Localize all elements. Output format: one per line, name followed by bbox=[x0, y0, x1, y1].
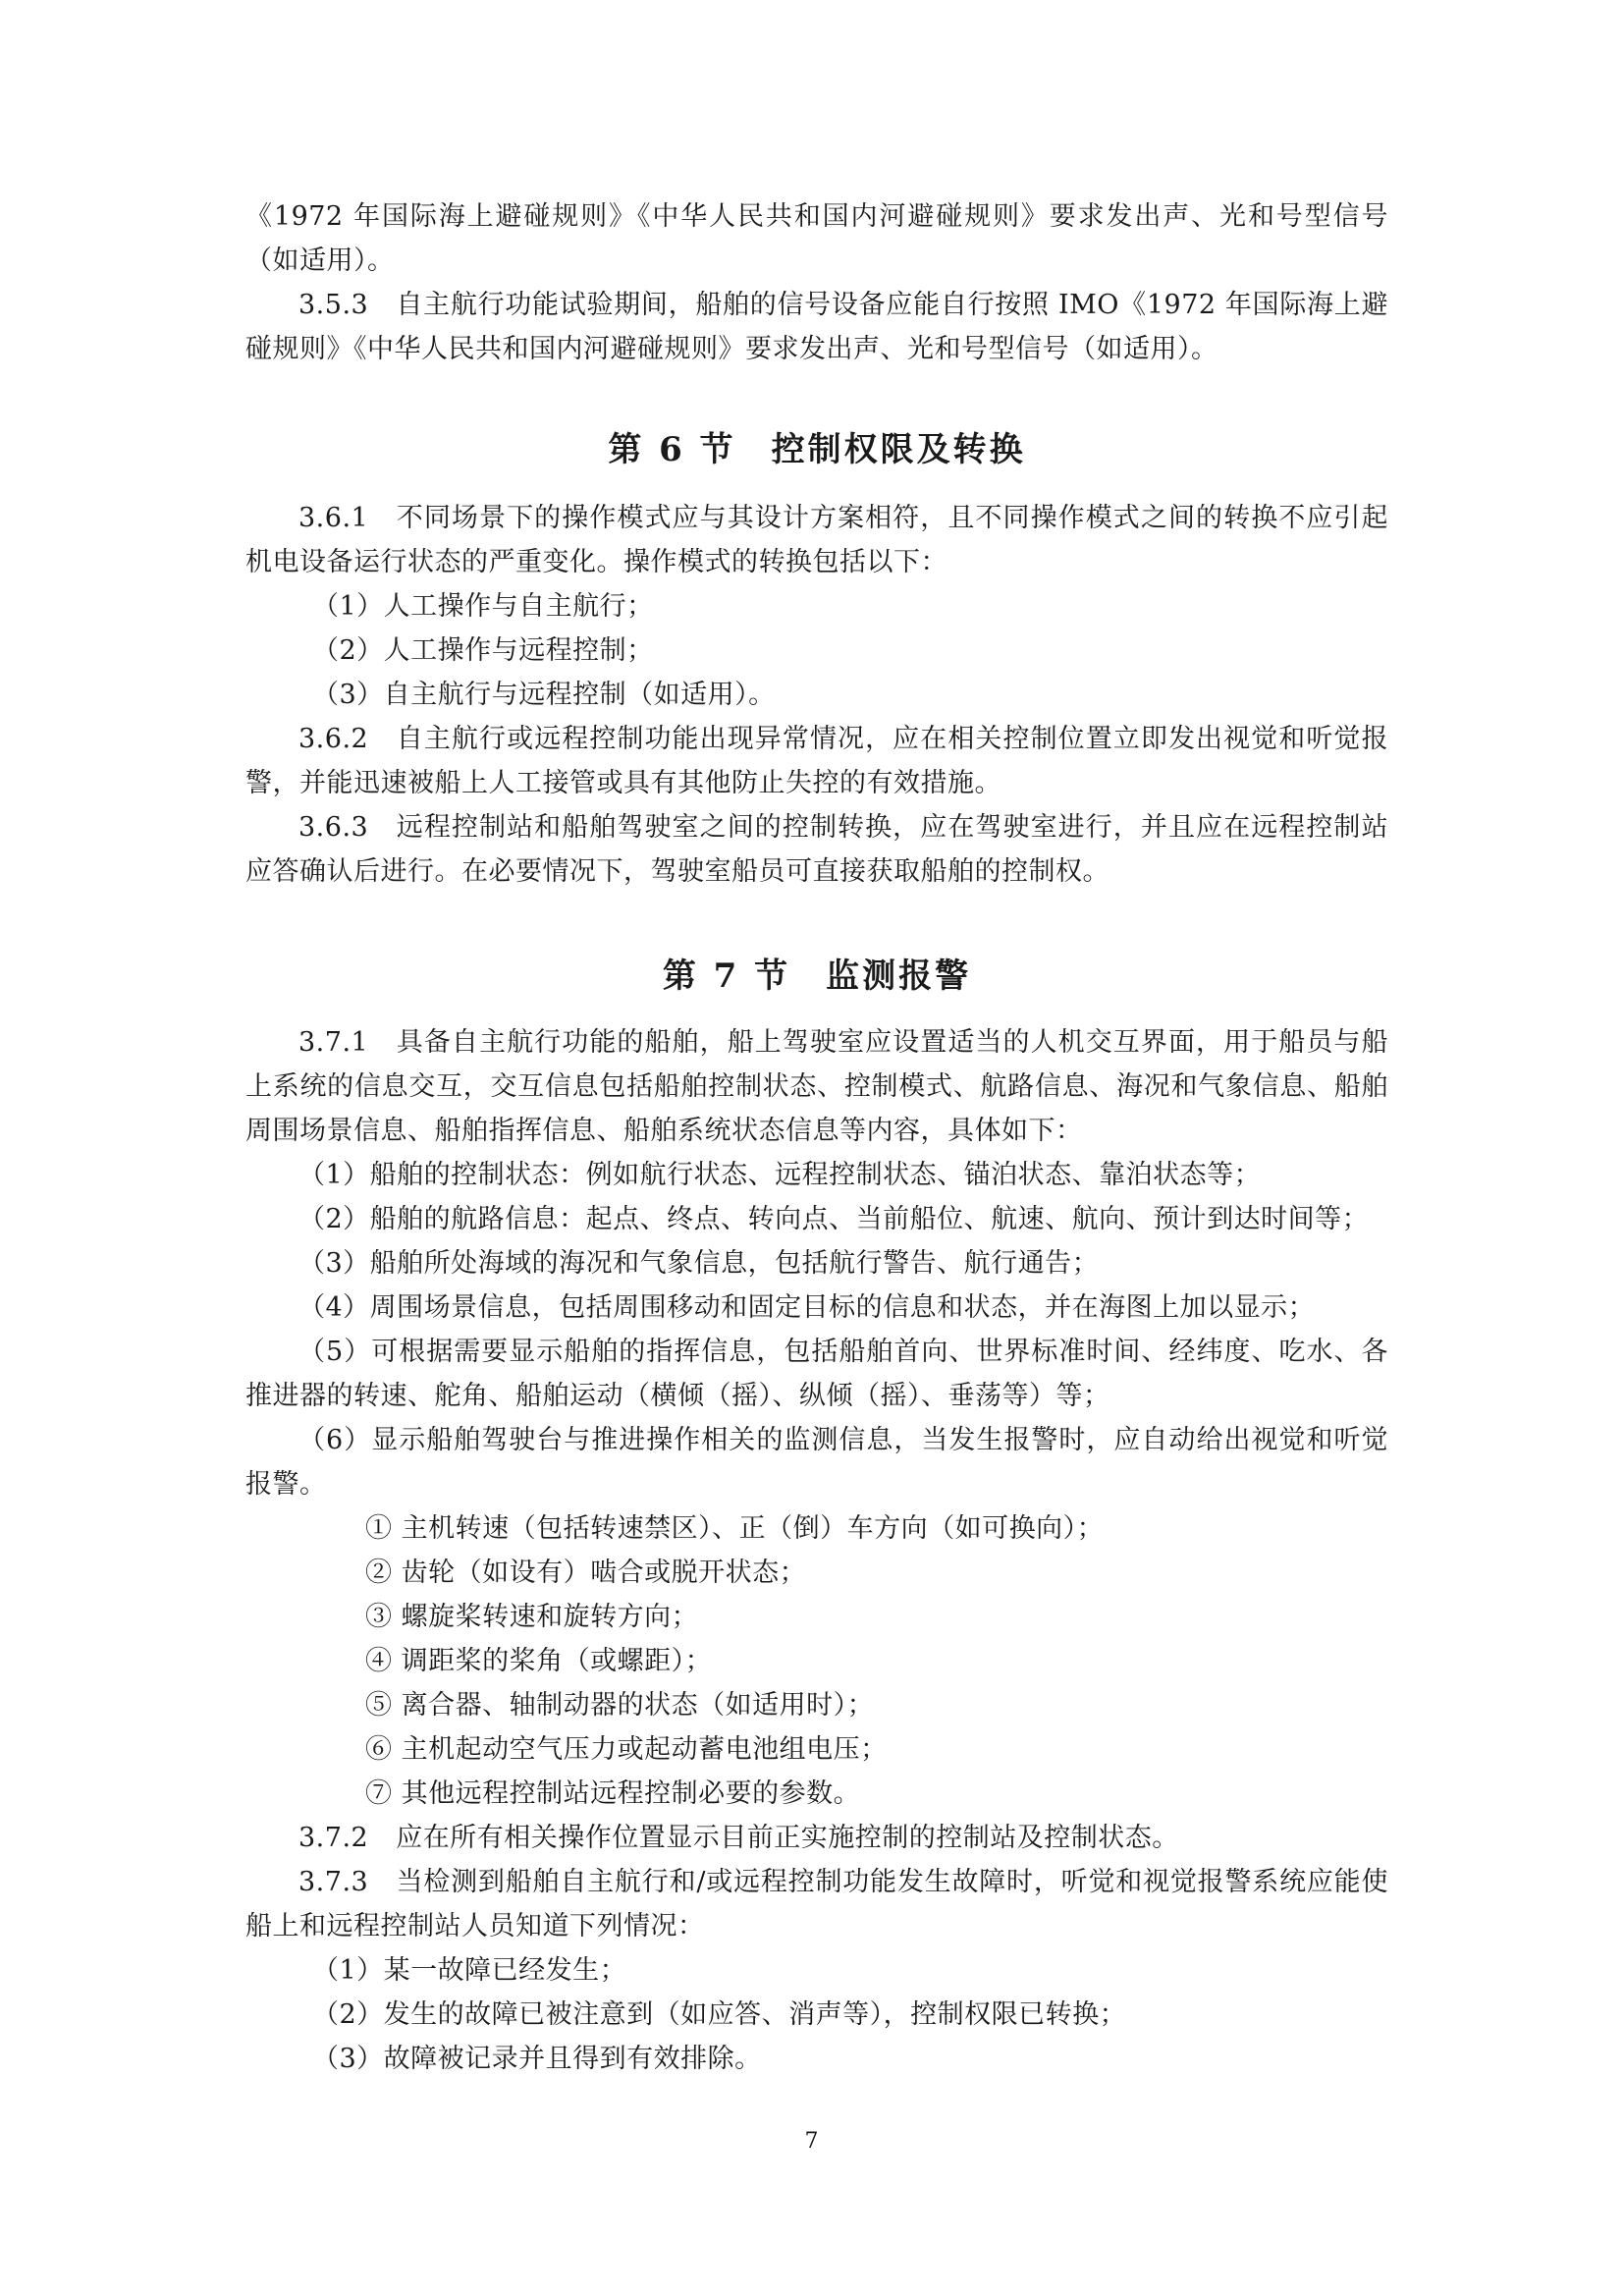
list-item: （3）船舶所处海域的海况和气象信息，包括航行警告、航行通告； bbox=[245, 1241, 1388, 1285]
clause-text: 自主航行或远程控制功能出现异常情况，应在相关控制位置立即发出视觉和听觉报警，并能… bbox=[245, 724, 1388, 798]
clause-number: 3.7.3 bbox=[298, 1867, 368, 1897]
document-page: 《1972 年国际海上避碰规则》《中华人民共和国内河避碰规则》要求发出声、光和号… bbox=[245, 194, 1388, 2081]
list-item: （1）某一故障已经发生； bbox=[245, 1948, 1388, 1993]
section-title: 监测报警 bbox=[826, 957, 971, 996]
list-item: （1）船舶的控制状态：例如航行状态、远程控制状态、锚泊状态、靠泊状态等； bbox=[245, 1153, 1388, 1197]
clause-number: 3.6.1 bbox=[298, 503, 368, 533]
clause-3-6-1: 3.6.1不同场景下的操作模式应与其设计方案相符，且不同操作模式之间的转换不应引… bbox=[245, 496, 1388, 584]
sub-list-item: ⑤ 离合器、轴制动器的状态（如适用时）； bbox=[245, 1683, 1388, 1727]
clause-number: 3.5.3 bbox=[298, 290, 368, 320]
clause-number: 3.6.2 bbox=[298, 724, 368, 754]
sub-list-item: ⑥ 主机起动空气压力或起动蓄电池组电压； bbox=[245, 1727, 1388, 1772]
section-7-heading: 第 7 节监测报警 bbox=[245, 949, 1388, 997]
clause-text: 具备自主航行功能的船舶，船上驾驶室应设置适当的人机交互界面，用于船员与船上系统的… bbox=[245, 1027, 1388, 1146]
list-item: （6）显示船舶驾驶台与推进操作相关的监测信息，当发生报警时，应自动给出视觉和听觉… bbox=[245, 1418, 1388, 1506]
clause-text: 不同场景下的操作模式应与其设计方案相符，且不同操作模式之间的转换不应引起机电设备… bbox=[245, 503, 1388, 577]
paragraph-continuation: 《1972 年国际海上避碰规则》《中华人民共和国内河避碰规则》要求发出声、光和号… bbox=[245, 194, 1388, 283]
section-title: 控制权限及转换 bbox=[772, 430, 1026, 469]
clause-3-7-3: 3.7.3当检测到船舶自主航行和/或远程控制功能发生故障时，听觉和视觉报警系统应… bbox=[245, 1860, 1388, 1948]
clause-3-6-3: 3.6.3远程控制站和船舶驾驶室之间的控制转换，应在驾驶室进行，并且应在远程控制… bbox=[245, 805, 1388, 894]
list-item: （2）船舶的航路信息：起点、终点、转向点、当前船位、航速、航向、预计到达时间等； bbox=[245, 1197, 1388, 1241]
clause-3-5-3: 3.5.3自主航行功能试验期间，船舶的信号设备应能自行按照 IMO《1972 年… bbox=[245, 283, 1388, 371]
sub-list-item: ⑦ 其他远程控制站远程控制必要的参数。 bbox=[245, 1772, 1388, 1816]
page-number: 7 bbox=[0, 2129, 1623, 2154]
clause-text: 远程控制站和船舶驾驶室之间的控制转换，应在驾驶室进行，并且应在远程控制站应答确认… bbox=[245, 812, 1388, 887]
list-item: （3）故障被记录并且得到有效排除。 bbox=[245, 2037, 1388, 2081]
clause-number: 3.7.2 bbox=[298, 1823, 368, 1853]
sub-list-item: ① 主机转速（包括转速禁区）、正（倒）车方向（如可换向）； bbox=[245, 1506, 1388, 1551]
section-6-heading: 第 6 节控制权限及转换 bbox=[245, 422, 1388, 470]
sub-list-item: ④ 调距桨的桨角（或螺距）； bbox=[245, 1639, 1388, 1683]
clause-text: 应在所有相关操作位置显示目前正实施控制的控制站及控制状态。 bbox=[396, 1823, 1179, 1853]
list-item: （1）人工操作与自主航行； bbox=[245, 584, 1388, 629]
list-item: （2）人工操作与远程控制； bbox=[245, 629, 1388, 673]
list-item: （2）发生的故障已被注意到（如应答、消声等），控制权限已转换； bbox=[245, 1993, 1388, 2037]
clause-number: 3.7.1 bbox=[298, 1027, 368, 1058]
clause-text: 自主航行功能试验期间，船舶的信号设备应能自行按照 IMO《1972 年国际海上避… bbox=[245, 290, 1388, 364]
clause-3-7-1: 3.7.1具备自主航行功能的船舶，船上驾驶室应设置适当的人机交互界面，用于船员与… bbox=[245, 1020, 1388, 1153]
section-label: 第 7 节 bbox=[663, 957, 790, 996]
section-label: 第 6 节 bbox=[608, 430, 735, 469]
list-item: （3）自主航行与远程控制（如适用）。 bbox=[245, 673, 1388, 717]
list-item: （4）周围场景信息，包括周围移动和固定目标的信息和状态，并在海图上加以显示； bbox=[245, 1285, 1388, 1330]
clause-text: 当检测到船舶自主航行和/或远程控制功能发生故障时，听觉和视觉报警系统应能使船上和… bbox=[245, 1867, 1388, 1941]
clause-number: 3.6.3 bbox=[298, 812, 368, 843]
clause-3-7-2: 3.7.2应在所有相关操作位置显示目前正实施控制的控制站及控制状态。 bbox=[245, 1816, 1388, 1860]
sub-list-item: ② 齿轮（如设有）啮合或脱开状态； bbox=[245, 1551, 1388, 1595]
sub-list-item: ③ 螺旋桨转速和旋转方向； bbox=[245, 1595, 1388, 1639]
clause-3-6-2: 3.6.2自主航行或远程控制功能出现异常情况，应在相关控制位置立即发出视觉和听觉… bbox=[245, 717, 1388, 805]
list-item: （5）可根据需要显示船舶的指挥信息，包括船舶首向、世界标准时间、经纬度、吃水、各… bbox=[245, 1330, 1388, 1418]
